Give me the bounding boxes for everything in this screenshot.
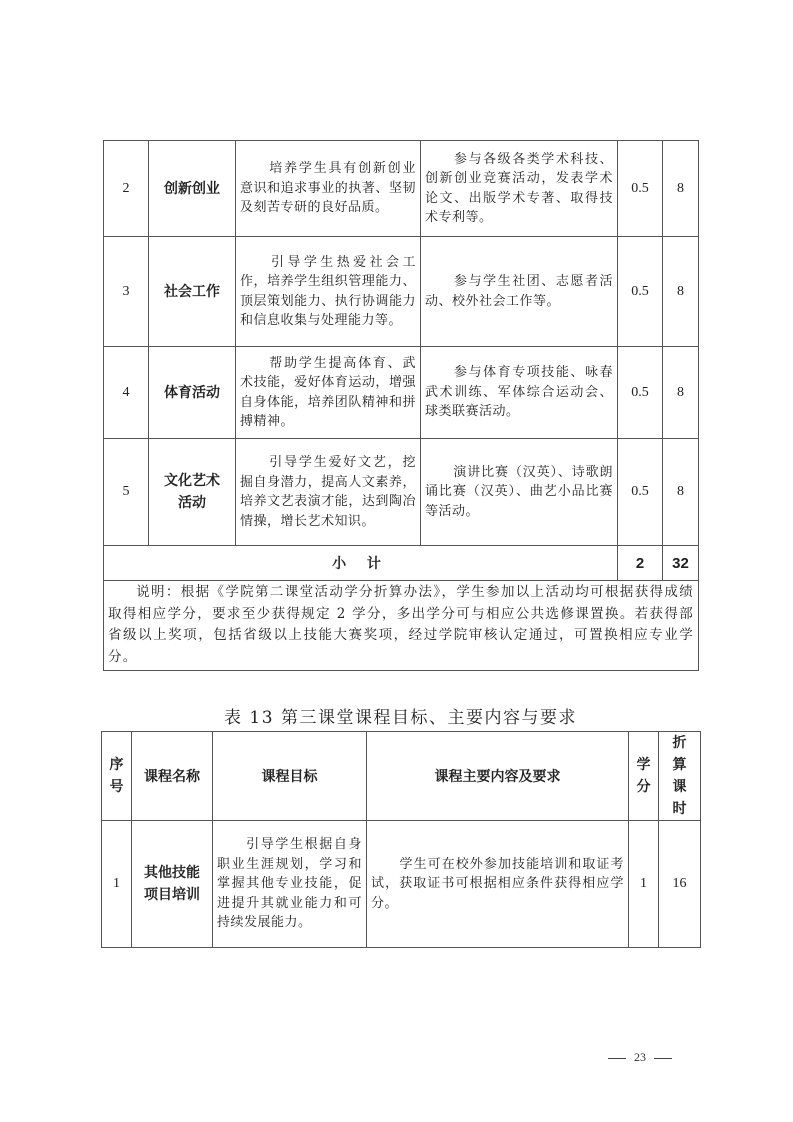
note: 说明：根据《学院第二课堂活动学分折算办法》，学生参加以上活动均可根据获得成绩取得…	[104, 581, 699, 671]
course-name-line: 活动	[149, 492, 235, 514]
course-name: 其他技能 项目培训	[132, 821, 213, 948]
table-row: 1 其他技能 项目培训 引导学生根据自身职业生涯规划，学习和掌握其他专业技能，促…	[102, 821, 701, 948]
course-goal-text: 帮助学生提高体育、武术技能，爱好体育运动，增强自身体能，培养团队精神和拼搏精神。	[240, 356, 416, 430]
course-goal: 引导学生热爱社会工作，培养学生组织管理能力、顶层策划能力、执行协调能力和信息收集…	[236, 237, 421, 347]
course-goal: 培养学生具有创新创业意识和追求事业的执著、坚韧及刻苦专研的良好品质。	[236, 141, 421, 237]
dash-left	[608, 1058, 626, 1059]
course-content: 学生可在校外参加技能培训和取证考试，获取证书可根据相应条件获得相应学分。	[367, 821, 629, 948]
course-content-text: 参与体育专项技能、咏春武术训练、军体综合运动会、球类联赛活动。	[425, 365, 613, 419]
table-caption: 表 13 第三课堂课程目标、主要内容与要求	[101, 703, 700, 728]
course-goal-text: 引导学生热爱社会工作，培养学生组织管理能力、顶层策划能力、执行协调能力和信息收集…	[240, 255, 416, 329]
credit: 0.5	[618, 439, 663, 546]
course-goal-text: 培养学生具有创新创业意识和追求事业的执著、坚韧及刻苦专研的良好品质。	[240, 161, 416, 215]
course-goal-text: 引导学生根据自身职业生涯规划，学习和掌握其他专业技能，促进提升其就业能力和可持续…	[217, 837, 362, 930]
course-name: 创新创业	[149, 141, 236, 237]
course-content-text: 参与各级各类学术科技、创新创业竞赛活动，发表学术论文、出版学术专著、取得技术专利…	[425, 152, 613, 226]
second-classroom-table: 2 创新创业 培养学生具有创新创业意识和追求事业的执著、坚韧及刻苦专研的良好品质…	[103, 140, 699, 671]
subtotal-row: 小 计 2 32	[104, 546, 699, 581]
course-goal: 引导学生爱好文艺，挖掘自身潜力，提高人文素养，培养文艺表演才能，达到陶冶情操，增…	[236, 439, 421, 546]
header-char: 算	[659, 754, 700, 776]
credit: 1	[629, 821, 659, 948]
course-name: 体育活动	[149, 347, 236, 439]
third-classroom-table: 序 号 课程名称 课程目标 课程主要内容及要求 学 分 折 算 课 时 1 其他…	[101, 731, 701, 948]
table-row: 3 社会工作 引导学生热爱社会工作，培养学生组织管理能力、顶层策划能力、执行协调…	[104, 237, 699, 347]
row-index: 4	[104, 347, 149, 439]
hours: 8	[663, 439, 699, 546]
hours: 8	[663, 141, 699, 237]
course-name-line: 体育活动	[164, 385, 220, 401]
header-index: 序 号	[102, 732, 132, 821]
course-content-text: 演讲比赛（汉英）、诗歌朗诵比赛（汉英）、曲艺小品比赛等活动。	[425, 465, 613, 519]
header-hours: 折 算 课 时	[659, 732, 701, 821]
header-char: 分	[629, 776, 658, 798]
header-row: 序 号 课程名称 课程目标 课程主要内容及要求 学 分 折 算 课 时	[102, 732, 701, 821]
header-char: 折	[659, 732, 700, 754]
course-name-line: 项目培训	[132, 884, 212, 906]
note-text: 说明：根据《学院第二课堂活动学分折算办法》，学生参加以上活动均可根据获得成绩取得…	[108, 584, 694, 665]
course-content: 演讲比赛（汉英）、诗歌朗诵比赛（汉英）、曲艺小品比赛等活动。	[421, 439, 618, 546]
subtotal-hours: 32	[663, 546, 699, 581]
course-name: 文化艺术 活动	[149, 439, 236, 546]
course-goal-text: 引导学生爱好文艺，挖掘自身潜力，提高人文素养，培养文艺表演才能，达到陶冶情操，增…	[240, 455, 416, 529]
row-index: 3	[104, 237, 149, 347]
course-content: 参与学生社团、志愿者活动、校外社会工作等。	[421, 237, 618, 347]
table-row: 5 文化艺术 活动 引导学生爱好文艺，挖掘自身潜力，提高人文素养，培养文艺表演才…	[104, 439, 699, 546]
header-name: 课程名称	[132, 732, 213, 821]
dash-right	[654, 1058, 672, 1059]
header-char: 学	[629, 754, 658, 776]
course-name-line: 其他技能	[132, 862, 212, 884]
course-content-text: 学生可在校外参加技能培训和取证考试，获取证书可根据相应条件获得相应学分。	[371, 857, 624, 911]
credit: 0.5	[618, 237, 663, 347]
table-row: 4 体育活动 帮助学生提高体育、武术技能，爱好体育运动，增强自身体能，培养团队精…	[104, 347, 699, 439]
credit: 0.5	[618, 141, 663, 237]
table-row: 2 创新创业 培养学生具有创新创业意识和追求事业的执著、坚韧及刻苦专研的良好品质…	[104, 141, 699, 237]
hours: 8	[663, 237, 699, 347]
page-number-text: 23	[634, 1050, 646, 1064]
header-credit: 学 分	[629, 732, 659, 821]
hours: 16	[659, 821, 701, 948]
course-content-text: 参与学生社团、志愿者活动、校外社会工作等。	[425, 274, 613, 309]
credit: 0.5	[618, 347, 663, 439]
header-char: 课	[659, 776, 700, 798]
header-goal: 课程目标	[213, 732, 367, 821]
row-index: 5	[104, 439, 149, 546]
hours: 8	[663, 347, 699, 439]
subtotal-credit: 2	[618, 546, 663, 581]
subtotal-label: 小 计	[104, 546, 618, 581]
course-name: 社会工作	[149, 237, 236, 347]
header-char: 号	[102, 776, 131, 798]
note-row: 说明：根据《学院第二课堂活动学分折算办法》，学生参加以上活动均可根据获得成绩取得…	[104, 581, 699, 671]
course-name-line: 社会工作	[164, 284, 220, 300]
course-goal: 帮助学生提高体育、武术技能，爱好体育运动，增强自身体能，培养团队精神和拼搏精神。	[236, 347, 421, 439]
course-content: 参与各级各类学术科技、创新创业竞赛活动，发表学术论文、出版学术专著、取得技术专利…	[421, 141, 618, 237]
page-number: 23	[600, 1050, 680, 1065]
course-goal: 引导学生根据自身职业生涯规划，学习和掌握其他专业技能，促进提升其就业能力和可持续…	[213, 821, 367, 948]
row-index: 1	[102, 821, 132, 948]
row-index: 2	[104, 141, 149, 237]
course-name-line: 文化艺术	[149, 470, 235, 492]
header-char: 序	[102, 754, 131, 776]
course-content: 参与体育专项技能、咏春武术训练、军体综合运动会、球类联赛活动。	[421, 347, 618, 439]
header-content: 课程主要内容及要求	[367, 732, 629, 821]
header-char: 时	[659, 798, 700, 820]
course-name-line: 创新创业	[164, 181, 220, 197]
